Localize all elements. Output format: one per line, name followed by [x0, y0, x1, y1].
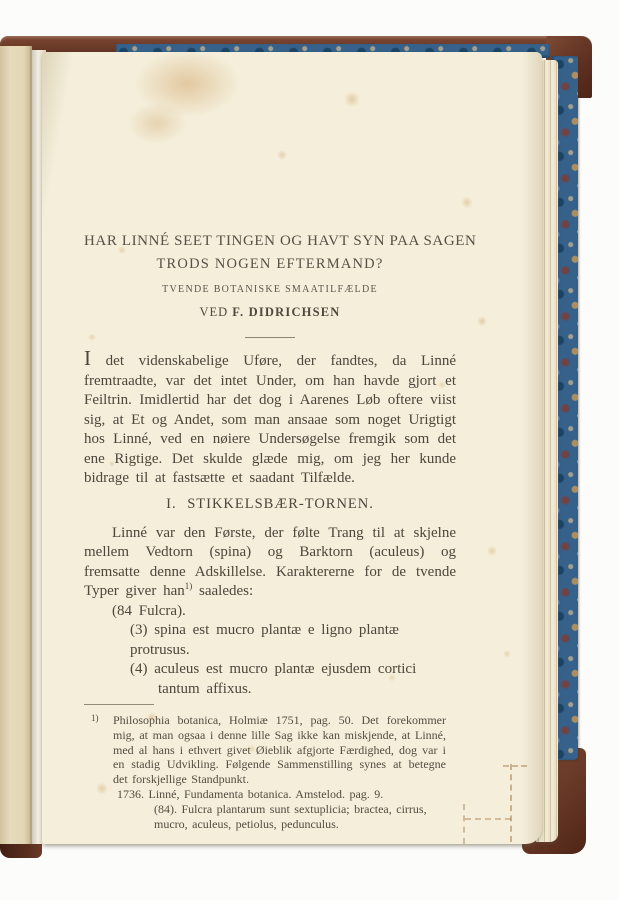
- residue-mark: [503, 765, 527, 767]
- footnote-block: 1) Philosophia botanica, Holmiæ 1751, pa…: [84, 713, 456, 831]
- footnote-text: Philosophia botanica, Holmiæ 1751, pag. …: [84, 713, 446, 787]
- residue-mark: [510, 764, 512, 842]
- initial-capital: I: [84, 346, 91, 370]
- article-title-line1: HAR LINNÉ SEET TINGEN OG HAVT SYN PAA SA…: [84, 232, 456, 250]
- list-item-84-fulcra: (84 Fulcra).: [84, 602, 456, 622]
- byline-author: F. DIDRICHSEN: [232, 305, 340, 319]
- list-item-4-aculeus: (4) aculeus est mucro plantæ ejusdem cor…: [130, 660, 456, 699]
- book-photograph: HAR LINNÉ SEET TINGEN OG HAVT SYN PAA SA…: [0, 0, 618, 900]
- article-subtitle: TVENDE BOTANISKE SMAATILFÆLDE: [84, 284, 456, 295]
- facing-page-edge: [0, 46, 32, 844]
- footnote-line-1736: 1736. Linné, Fundamenta botanica. Amstel…: [117, 787, 456, 802]
- paragraph-intro: I det videnskabelige Uføre, der fandtes,…: [84, 349, 456, 489]
- footnote-line-84: (84). Fulcra plantarum sunt sextuplicia;…: [154, 802, 444, 832]
- section-heading: I. STIKKELSBÆR-TORNEN.: [84, 496, 456, 513]
- text-column: HAR LINNÉ SEET TINGEN OG HAVT SYN PAA SA…: [84, 52, 456, 831]
- paragraph-intro-text: det videnskabelige Uføre, der fandtes, d…: [84, 353, 456, 486]
- paragraph-spina-aculeus: Linné var den Første, der følte Trang ti…: [84, 524, 456, 602]
- article-title-line2: TRODS NOGEN EFTERMAND?: [84, 256, 456, 273]
- byline: VED F. DIDRICHSEN: [84, 305, 456, 320]
- footnote-marker: 1): [91, 711, 99, 726]
- byline-prefix: VED: [199, 305, 232, 319]
- footnote-separator-rule: [84, 704, 154, 705]
- paragraph-text-after-ref: saaledes:: [192, 583, 253, 599]
- paragraph-text-before-ref: Linné var den Første, der følte Trang ti…: [84, 525, 456, 600]
- list-item-3-spina: (3) spina est mucro plantæ e ligno plant…: [130, 621, 456, 660]
- residue-mark: [463, 804, 465, 844]
- residue-mark: [465, 818, 511, 820]
- leather-corner-bottom-left: [0, 842, 42, 858]
- byline-rule: [245, 337, 295, 338]
- book-page: HAR LINNÉ SEET TINGEN OG HAVT SYN PAA SA…: [42, 52, 542, 844]
